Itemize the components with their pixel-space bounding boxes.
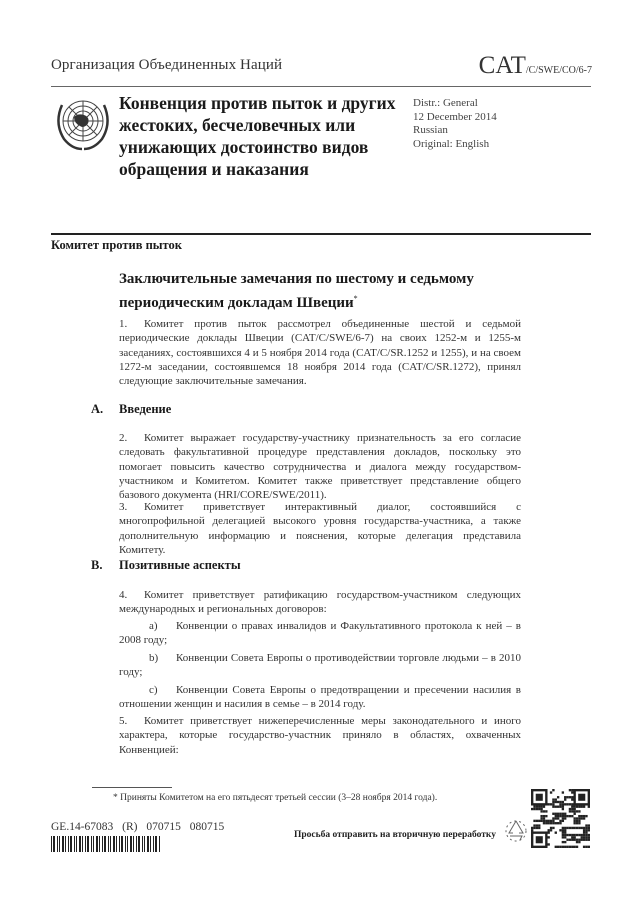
paragraph-4: 4.Комитет приветствует ратификацию госуд… (119, 588, 521, 617)
subitem-text: Конвенции о правах инвалидов и Факультат… (119, 620, 521, 646)
section-letter: B. (91, 558, 119, 573)
qr-code-icon[interactable] (531, 789, 590, 848)
subitem-label: c) (149, 683, 176, 697)
paragraph-number: 3. (119, 500, 144, 514)
subitem-text: Конвенции Совета Европы о предотвращении… (119, 684, 521, 710)
paragraph-text: Комитет приветствует нижеперечисленные м… (119, 715, 521, 756)
recycle-icon (505, 818, 527, 844)
document-title: Заключительные замечания по шестому и се… (119, 270, 519, 313)
footnote-marker[interactable]: * (354, 294, 358, 303)
subitem-b: b)Конвенции Совета Европы о противодейст… (119, 651, 521, 680)
distribution-info: Distr.: General 12 December 2014 Russian… (413, 97, 497, 151)
paragraph-3: 3.Комитет приветствует интерактивный диа… (119, 500, 521, 557)
original-line: Original: English (413, 138, 497, 152)
footnote: * Приняты Комитетом на его пятьдесят тре… (113, 793, 437, 803)
distr-line: Distr.: General (413, 97, 497, 111)
paragraph-text: Комитет выражает государству-участнику п… (119, 432, 521, 501)
subitem-text: Конвенции Совета Европы о противодействи… (119, 652, 521, 678)
footnote-rule (92, 787, 172, 788)
subitem-label: a) (149, 619, 176, 633)
barcode-icon (51, 836, 163, 852)
section-title: Позитивные аспекты (119, 558, 241, 572)
paragraph-text: Комитет против пыток рассмотрел объедине… (119, 318, 521, 387)
committee-name: Комитет против пыток (51, 238, 182, 253)
paragraph-number: 5. (119, 714, 144, 728)
un-emblem-icon (54, 93, 112, 155)
subitem-a: a)Конвенции о правах инвалидов и Факульт… (119, 619, 521, 648)
subitem-label: b) (149, 651, 176, 665)
symbol-main: CAT (479, 52, 526, 79)
paragraph-text: Комитет приветствует ратификацию государ… (119, 589, 521, 615)
paragraph-number: 4. (119, 588, 144, 602)
symbol-suffix: /C/SWE/CO/6-7 (526, 65, 592, 76)
recycle-text: Просьба отправить на вторичную переработ… (294, 830, 496, 840)
document-symbol: CAT/C/SWE/CO/6-7 (479, 52, 592, 80)
convention-title: Конвенция против пыток и других жестоких… (119, 92, 399, 180)
paragraph-number: 2. (119, 431, 144, 445)
language-line: Russian (413, 124, 497, 138)
job-code: GE.14-67083 (R) 070715 080715 (51, 821, 224, 833)
paragraph-number: 1. (119, 317, 144, 331)
subitem-c: c)Конвенции Совета Европы о предотвращен… (119, 683, 521, 712)
paragraph-5: 5.Комитет приветствует нижеперечисленные… (119, 714, 521, 757)
paragraph-text: Комитет приветствует интерактивный диало… (119, 501, 521, 556)
header-rule (51, 86, 591, 87)
section-heading-a: A.Введение (91, 402, 171, 417)
section-rule (51, 233, 591, 235)
date-line: 12 December 2014 (413, 111, 497, 125)
paragraph-2: 2.Комитет выражает государству-участнику… (119, 431, 521, 502)
paragraph-1: 1.Комитет против пыток рассмотрел объеди… (119, 317, 521, 388)
organization-name: Организация Объединенных Наций (51, 57, 282, 74)
section-title: Введение (119, 402, 171, 416)
section-heading-b: B.Позитивные аспекты (91, 558, 241, 573)
document-title-text: Заключительные замечания по шестому и се… (119, 271, 474, 311)
section-letter: A. (91, 402, 119, 417)
